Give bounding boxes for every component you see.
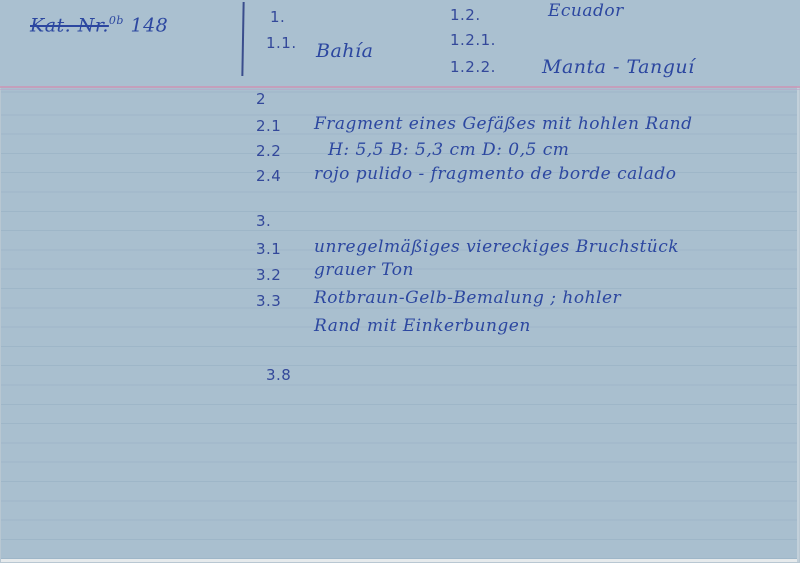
entry-text: Ecuador — [548, 1, 624, 21]
section-text: grauer Ton — [314, 260, 414, 280]
entry-text: Bahía — [316, 40, 373, 62]
section-num: 3.8 — [266, 366, 291, 384]
inventory-prefix: Kat. Nr. — [30, 14, 109, 36]
section-num: 3.1 — [256, 240, 281, 258]
entry-num: 1.2. — [450, 6, 481, 24]
inventory-value: 148 — [131, 14, 169, 36]
section-text-continued: Rand mit Einkerbungen — [314, 316, 531, 336]
section-num: 3.3 — [256, 292, 281, 310]
section-text: Rotbraun-Gelb-Bemalung ; hohler — [314, 288, 621, 308]
section-text: unregelmäßiges viereckiges Bruchstück — [314, 237, 679, 257]
section-num: 2.1 — [256, 117, 281, 135]
section-num: 3. — [256, 212, 271, 230]
section-num: 3.2 — [256, 266, 281, 284]
inventory-number: Kat. Nr.0b 148 — [30, 14, 168, 36]
header-rule-secondary — [0, 89, 800, 90]
entry-num: 1. — [270, 8, 285, 26]
entry-text: Manta - Tanguí — [542, 56, 695, 78]
header-rule — [0, 86, 800, 88]
index-card: Kat. Nr.0b 148 1. 1.1. Bahía 1.2. Ecuado… — [0, 0, 800, 563]
section-text: rojo pulido - fragmento de borde calado — [314, 164, 676, 184]
section-num: 2.4 — [256, 167, 281, 185]
inventory-superscript: 0b — [109, 14, 124, 27]
section-num: 2 — [256, 90, 266, 108]
entry-num: 1.1. — [266, 34, 297, 52]
section-text: Fragment eines Gefäßes mit hohlen Rand — [314, 114, 692, 134]
entry-num: 1.2.1. — [450, 31, 496, 49]
entry-num: 1.2.2. — [450, 58, 496, 76]
section-text: H: 5,5 B: 5,3 cm D: 0,5 cm — [328, 140, 569, 160]
section-num: 2.2 — [256, 142, 281, 160]
